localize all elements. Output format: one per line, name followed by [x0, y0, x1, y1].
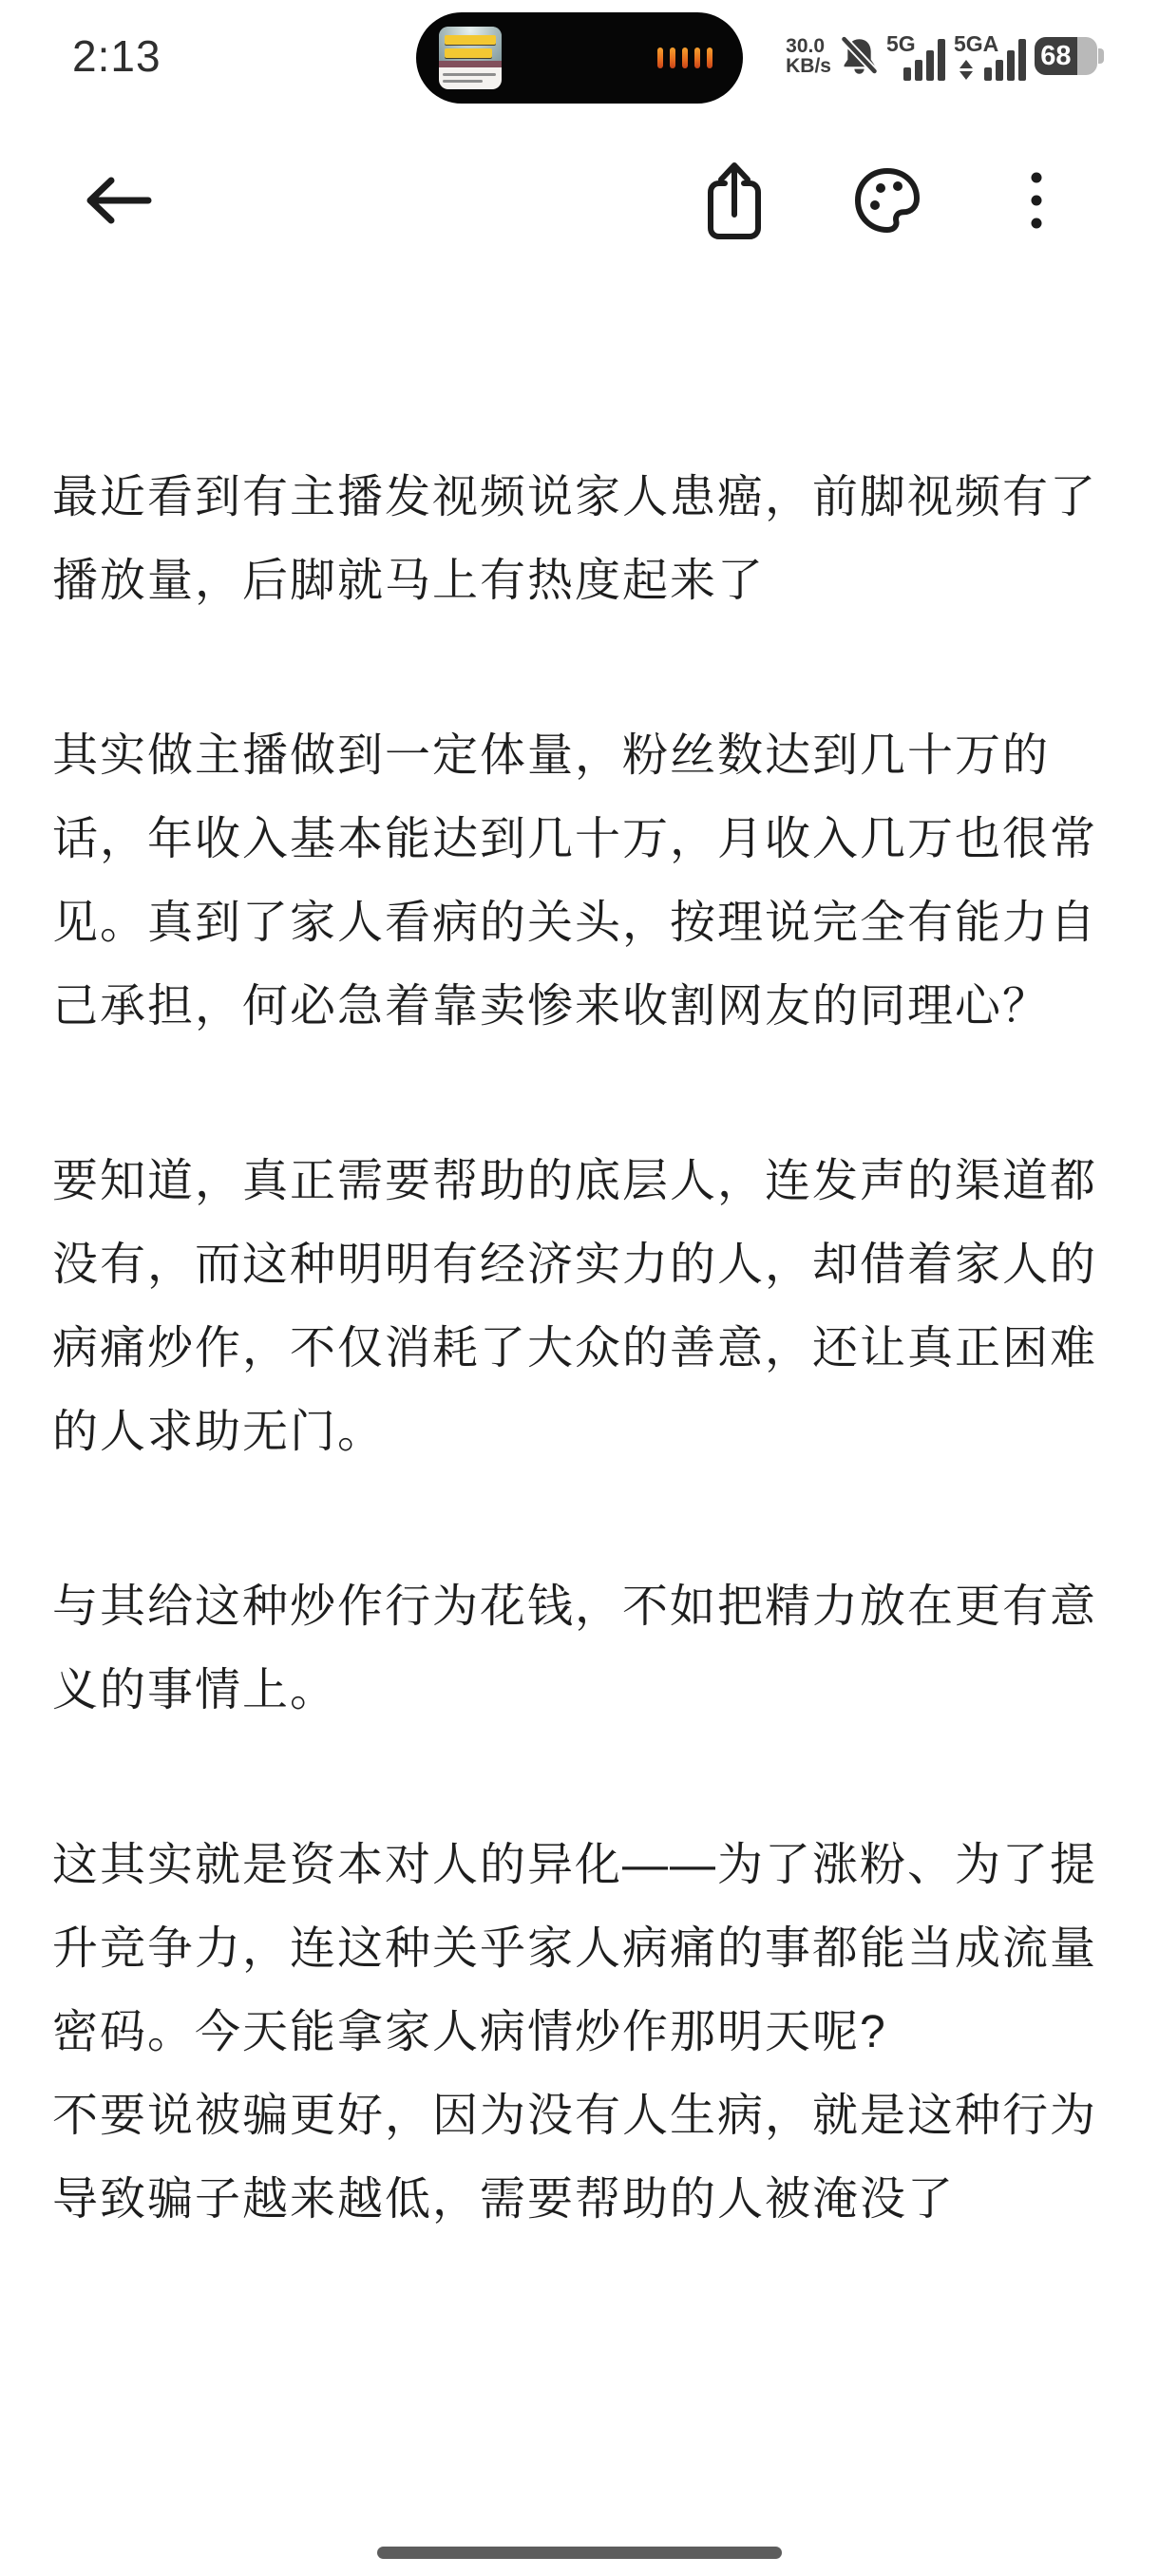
status-bar: 2:13 30.0 KB/s	[0, 0, 1159, 112]
status-indicators: 30.0 KB/s 5G 5GA	[786, 0, 1104, 112]
gesture-nav-handle[interactable]	[377, 2547, 782, 2559]
share-button[interactable]	[707, 161, 762, 240]
palette-icon	[851, 164, 923, 237]
signal-bars-icon	[903, 39, 945, 81]
note-body: 最近看到有主播发视频说家人患癌，前脚视频有了播放量，后脚就马上有热度起来了 其实…	[52, 456, 1109, 2242]
thumbnail-title-line	[445, 48, 492, 58]
equalizer-bars-icon	[657, 12, 712, 104]
back-button[interactable]	[82, 144, 152, 256]
signal-cluster-primary: 5G	[886, 31, 945, 81]
kebab-menu-icon	[1031, 172, 1042, 229]
paragraph: 这其实就是资本对人的异化——为了涨粉、为了提升竞争力，连这种关乎家人病痛的事都能…	[52, 1824, 1109, 2242]
bell-slash-icon	[838, 34, 881, 78]
thumbnail-caption-line	[443, 73, 496, 76]
share-icon	[707, 161, 762, 240]
status-time: 2:13	[72, 0, 161, 112]
media-capsule[interactable]	[416, 12, 743, 104]
paragraph: 要知道，真正需要帮助的底层人，连发声的渠道都没有，而这种明明有经济实力的人，却借…	[52, 1140, 1109, 1474]
toolbar	[0, 144, 1159, 256]
theme-button[interactable]	[851, 164, 923, 237]
signal-cluster-secondary: 5GA	[954, 31, 1026, 81]
signal-bars-icon	[984, 39, 1026, 81]
data-activity-icon	[959, 60, 973, 80]
paragraph: 最近看到有主播发视频说家人患癌，前脚视频有了播放量，后脚就马上有热度起来了	[52, 456, 1109, 623]
arrow-left-icon	[82, 177, 152, 224]
battery-level: 68	[1040, 41, 1071, 72]
screen: 2:13 30.0 KB/s	[0, 0, 1159, 2576]
media-thumbnail	[439, 27, 502, 89]
toolbar-actions	[707, 144, 1042, 256]
thumbnail-title-line	[445, 35, 496, 45]
battery-icon: 68	[1035, 37, 1104, 75]
network-speed-value: 30.0	[786, 36, 831, 56]
paragraph: 其实做主播做到一定体量，粉丝数达到几十万的话，年收入基本能达到几十万，月收入几万…	[52, 714, 1109, 1049]
thumbnail-band	[439, 61, 502, 67]
network-speed-unit: KB/s	[786, 56, 831, 76]
thumbnail-caption-line	[443, 80, 483, 83]
paragraph: 与其给这种炒作行为花钱，不如把精力放在更有意义的事情上。	[52, 1565, 1109, 1733]
network-speed: 30.0 KB/s	[786, 36, 831, 76]
more-options-button[interactable]	[1031, 172, 1042, 229]
